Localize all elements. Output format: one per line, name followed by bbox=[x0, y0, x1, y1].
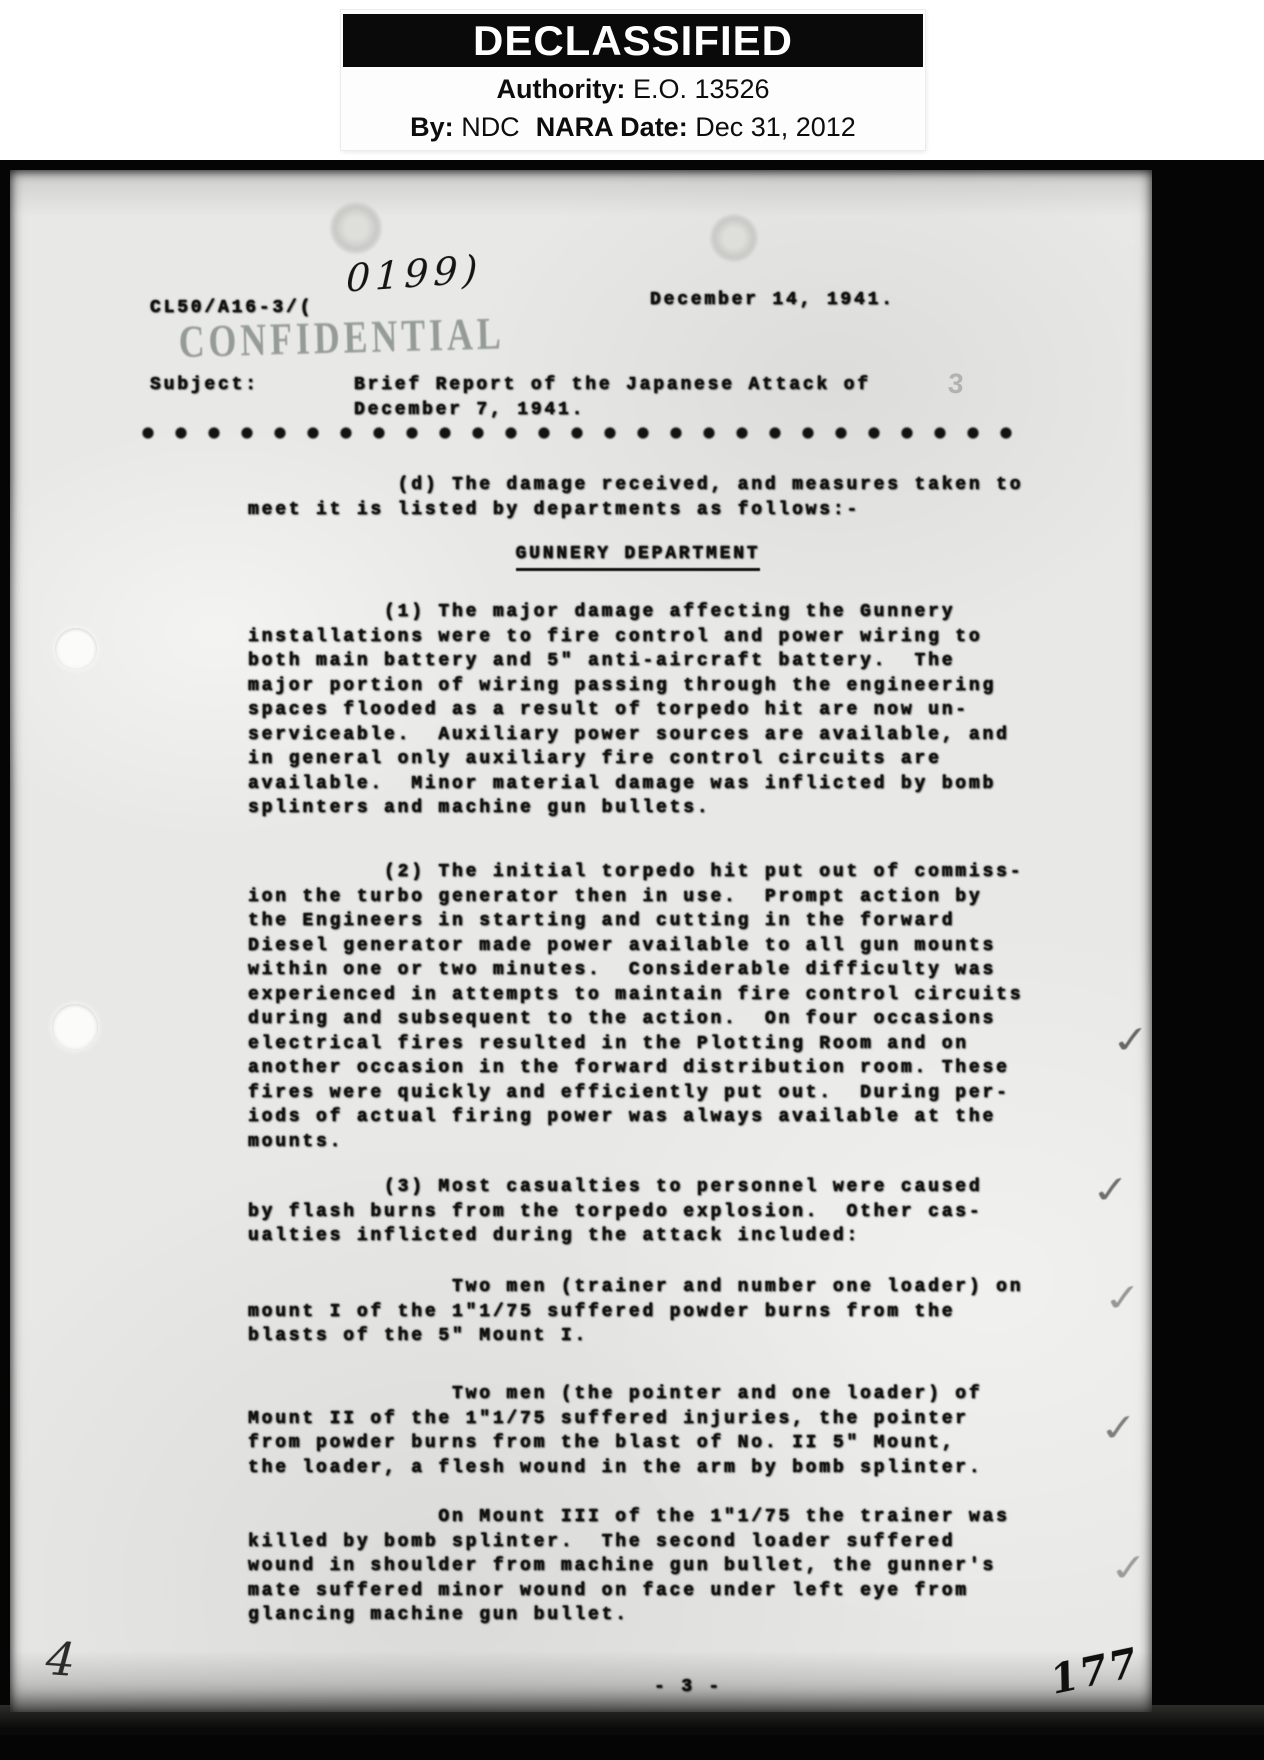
by-line: By: NDCNARA Date: Dec 31, 2012 bbox=[341, 112, 925, 143]
faint-margin-mark: 3 bbox=[947, 367, 965, 400]
screenshot-root: DECLASSIFIED Authority: E.O. 13526 By: N… bbox=[0, 0, 1264, 1760]
declassified-banner-title: DECLASSIFIED bbox=[343, 14, 923, 67]
by-label: By: bbox=[410, 112, 454, 142]
subject-label: Subject: bbox=[150, 373, 259, 398]
paragraph-1: (1) The major damage affecting the Gunne… bbox=[248, 600, 1010, 821]
section-heading-text: GUNNERY DEPARTMENT bbox=[516, 542, 761, 571]
handwritten-frame-number: 177 bbox=[1046, 1639, 1143, 1704]
pencil-checkmark-icon: ✓ bbox=[1097, 1406, 1141, 1451]
punch-hole-shadow-icon bbox=[710, 214, 758, 262]
handwritten-corner-number: 4 bbox=[44, 1631, 77, 1687]
paragraph-5: Two men (the pointer and one loader) of … bbox=[248, 1382, 983, 1480]
pencil-checkmark-icon: ✓ bbox=[1101, 1276, 1145, 1321]
declassification-box: DECLASSIFIED Authority: E.O. 13526 By: N… bbox=[341, 10, 925, 150]
declassification-header: DECLASSIFIED Authority: E.O. 13526 By: N… bbox=[0, 0, 1264, 160]
subject-text: Brief Report of the Japanese Attack of D… bbox=[354, 373, 871, 422]
paragraph-4: Two men (trainer and number one loader) … bbox=[248, 1275, 1023, 1349]
authority-value: E.O. 13526 bbox=[625, 74, 769, 104]
paragraph-6: On Mount III of the 1"1/75 the trainer w… bbox=[248, 1505, 1010, 1628]
punch-hole-icon bbox=[52, 1004, 98, 1050]
punch-hole-icon bbox=[55, 628, 97, 670]
intro-paragraph: (d) The damage received, and measures ta… bbox=[248, 473, 1023, 522]
scan-background: CL50/A16-3/( 0199) December 14, 1941. CO… bbox=[0, 160, 1264, 1760]
pencil-checkmark-icon: ✓ bbox=[1089, 1168, 1133, 1213]
handwritten-reference-number: 0199) bbox=[345, 247, 483, 301]
pencil-checkmark-icon: ✓ bbox=[1109, 1018, 1153, 1063]
punch-hole-shadow-icon bbox=[330, 202, 382, 254]
nara-date-value: Dec 31, 2012 bbox=[688, 112, 856, 142]
confidential-stamp: CONFIDENTIAL bbox=[178, 306, 505, 368]
nara-date-label: NARA Date: bbox=[536, 112, 688, 142]
dotted-separator bbox=[140, 426, 1014, 441]
authority-label: Authority: bbox=[496, 74, 625, 104]
by-value: NDC bbox=[454, 112, 520, 142]
paragraph-3: (3) Most casualties to personnel were ca… bbox=[248, 1175, 983, 1249]
page-number: - 3 - bbox=[248, 1675, 1128, 1700]
document-page: CL50/A16-3/( 0199) December 14, 1941. CO… bbox=[10, 170, 1152, 1712]
authority-line: Authority: E.O. 13526 bbox=[341, 74, 925, 105]
document-date: December 14, 1941. bbox=[650, 288, 895, 313]
section-heading: GUNNERY DEPARTMENT bbox=[248, 542, 1028, 571]
paragraph-2: (2) The initial torpedo hit put out of c… bbox=[248, 860, 1023, 1154]
pencil-checkmark-icon: ✓ bbox=[1107, 1546, 1151, 1591]
